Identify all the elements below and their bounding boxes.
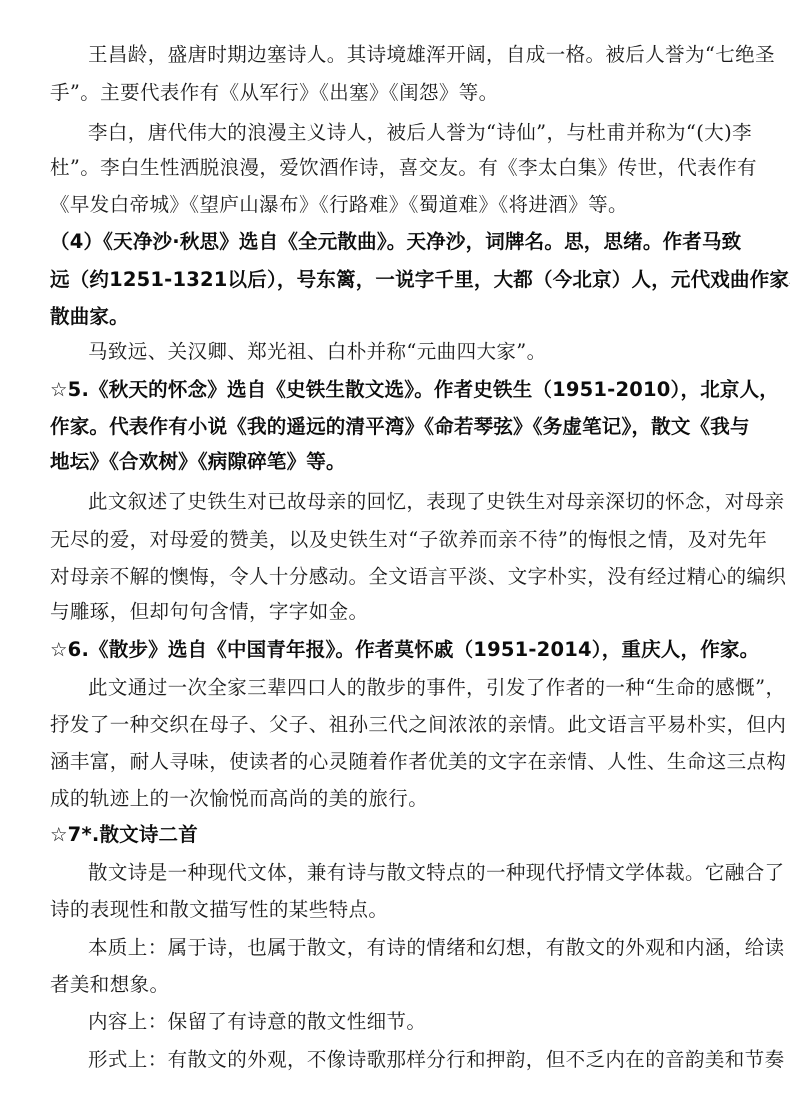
- section-heading-5-line-3: 地坛》《合欢树》《病隙碎笔》等。: [50, 450, 750, 474]
- section-heading-5-line-2: 作家。代表作有小说《我的遥远的清平湾》《命若琴弦》《务虚笔记》，散文《我与: [50, 415, 750, 439]
- paragraph-prose-poem-line-2: 诗的表现性和散文描写性的某些特点。: [50, 898, 750, 922]
- section-heading-7-line-1: ☆7*.散文诗二首: [50, 823, 750, 847]
- paragraph-prose-poem-line-1: 散文诗是一种现代文体，兼有诗与散文特点的一种现代抒情文学体裁。它融合了: [88, 861, 788, 885]
- paragraph-walk-summary-line-1: 此文通过一次全家三辈四口人的散步的事件，引发了作者的一种“生命的感慨”，: [88, 676, 788, 700]
- paragraph-mazhiyuan-line-1: 马致远、关汉卿、郑光祖、白朴并称“元曲四大家”。: [88, 340, 788, 364]
- paragraph-libai-line-1: 李白，唐代伟大的浪漫主义诗人，被后人誉为“诗仙”，与杜甫并称为“(大)李: [88, 121, 788, 145]
- paragraph-walk-summary-line-4: 成的轨迹上的一次愉悦而高尚的美的旅行。: [50, 787, 750, 811]
- paragraph-autumn-summary-line-4: 与雕琢，但却句句含情，字字如金。: [50, 600, 750, 624]
- paragraph-walk-summary-line-3: 涵丰富，耐人寻味，使读者的心灵随着作者优美的文字在亲情、人性、生命这三点构: [50, 750, 750, 774]
- document-page: 王昌龄，盛唐时期边塞诗人。其诗境雄浑开阔，自成一格。被后人誉为“七绝圣 手”。主…: [0, 0, 790, 1118]
- paragraph-wangchangling-line-2: 手”。主要代表作有《从军行》《出塞》《闺怨》等。: [50, 81, 750, 105]
- section-heading-4-line-2: 远（约1251-1321以后），号东篱，一说字千里，大都（今北京）人，元代戏曲作…: [50, 268, 750, 292]
- paragraph-libai-line-3: 《早发白帝城》《望庐山瀑布》《行路难》《蜀道难》《将进酒》等。: [50, 193, 750, 217]
- paragraph-essence-line-1: 本质上：属于诗，也属于散文，有诗的情绪和幻想，有散文的外观和内涵，给读: [88, 936, 788, 960]
- paragraph-essence-line-2: 者美和想象。: [50, 973, 750, 997]
- section-heading-4-line-3: 散曲家。: [50, 305, 750, 329]
- section-heading-6-line-1: ☆6.《散步》选自《中国青年报》。作者莫怀戚（1951-2014），重庆人，作家…: [50, 638, 750, 662]
- paragraph-autumn-summary-line-3: 对母亲不解的懊悔，令人十分感动。全文语言平淡、文字朴实，没有经过精心的编织: [50, 565, 750, 589]
- paragraph-autumn-summary-line-1: 此文叙述了史铁生对已故母亲的回忆，表现了史铁生对母亲深切的怀念，对母亲: [88, 490, 788, 514]
- paragraph-walk-summary-line-2: 抒发了一种交织在母子、父子、祖孙三代之间浓浓的亲情。此文语言平易朴实，但内: [50, 713, 750, 737]
- section-heading-4-line-1: （4）《天净沙·秋思》选自《全元散曲》。天净沙，词牌名。思，思绪。作者马致: [50, 230, 750, 254]
- paragraph-libai-line-2: 杜”。李白生性洒脱浪漫，爱饮酒作诗，喜交友。有《李太白集》传世，代表作有: [50, 156, 750, 180]
- paragraph-autumn-summary-line-2: 无尽的爱，对母爱的赞美，以及史铁生对“子欲养而亲不待”的悔恨之情，及对先年: [50, 528, 750, 552]
- paragraph-content-line-1: 内容上：保留了有诗意的散文性细节。: [88, 1010, 788, 1034]
- section-heading-5-line-1: ☆5.《秋天的怀念》选自《史铁生散文选》。作者史铁生（1951-2010），北京…: [50, 378, 750, 402]
- paragraph-form-line-1: 形式上：有散文的外观，不像诗歌那样分行和押韵，但不乏内在的音韵美和节奏: [88, 1048, 788, 1072]
- paragraph-wangchangling-line-1: 王昌龄，盛唐时期边塞诗人。其诗境雄浑开阔，自成一格。被后人誉为“七绝圣: [88, 43, 788, 67]
